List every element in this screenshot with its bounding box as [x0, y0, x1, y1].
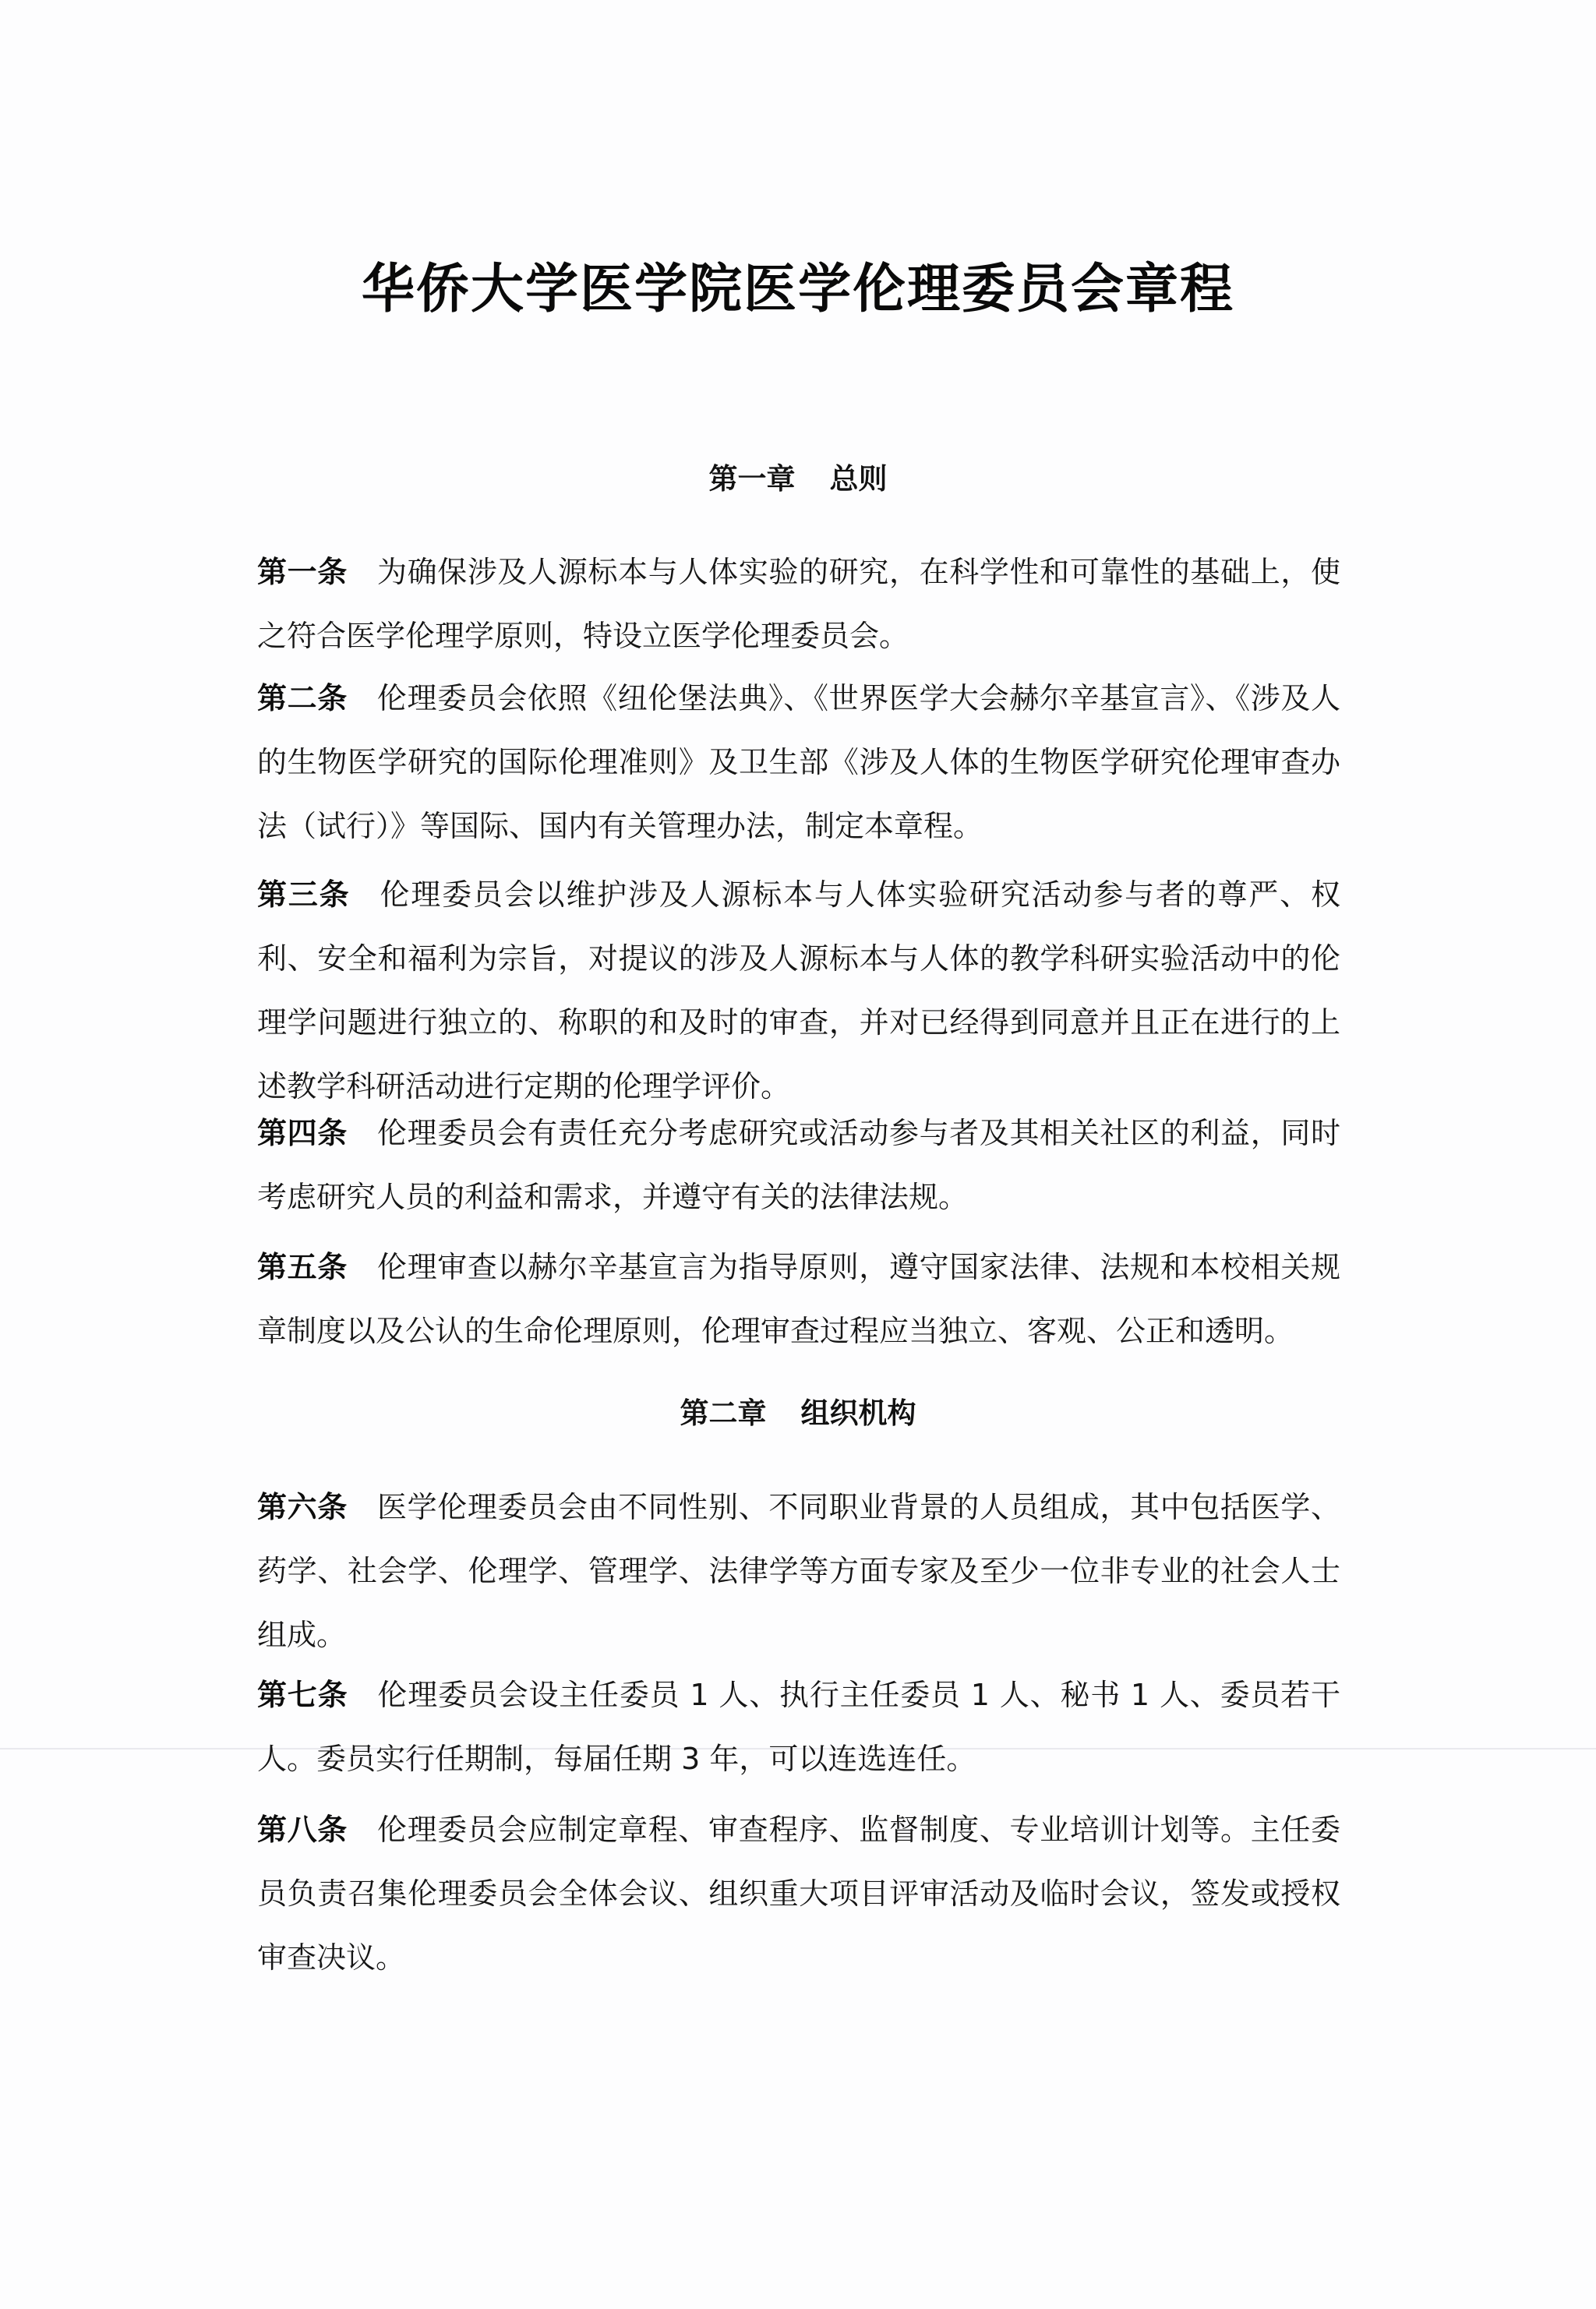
chapter-name: 总则 [830, 462, 888, 496]
article-text: 伦理审查以赫尔辛基宣言为指导原则，遵守国家法律、法规和本校相关规章制度以及公认的… [257, 1250, 1340, 1348]
article-label: 第三条 [257, 877, 350, 912]
article-7: 第七条伦理委员会设主任委员 1 人、执行主任委员 1 人、秘书 1 人、委员若干… [257, 1663, 1340, 1791]
article-text: 伦理委员会依照《纽伦堡法典》、《世界医学大会赫尔辛基宣言》、《涉及人的生物医学研… [257, 681, 1340, 843]
article-text: 伦理委员会设主任委员 1 人、执行主任委员 1 人、秘书 1 人、委员若干人。委… [257, 1678, 1340, 1776]
article-text: 伦理委员会应制定章程、审查程序、监督制度、专业培训计划等。主任委员负责召集伦理委… [257, 1813, 1340, 1975]
document-title: 华侨大学医学院医学伦理委员会章程 [0, 251, 1596, 329]
chapter-number: 第二章 [680, 1396, 767, 1430]
article-1: 第一条为确保涉及人源标本与人体实验的研究，在科学性和可靠性的基础上，使之符合医学… [257, 540, 1340, 668]
document-page: 华侨大学医学院医学伦理委员会章程 第一章总则 第一条为确保涉及人源标本与人体实验… [0, 0, 1596, 2309]
article-label: 第五条 [257, 1250, 348, 1284]
article-text: 为确保涉及人源标本与人体实验的研究，在科学性和可靠性的基础上，使之符合医学伦理学… [257, 555, 1340, 653]
article-label: 第六条 [257, 1490, 348, 1524]
chapter-number: 第一章 [709, 462, 796, 496]
article-8: 第八条伦理委员会应制定章程、审查程序、监督制度、专业培训计划等。主任委员负责召集… [257, 1798, 1340, 1989]
chapter-name: 组织机构 [801, 1396, 916, 1430]
article-text: 伦理委员会以维护涉及人源标本与人体实验研究活动参与者的尊严、权利、安全和福利为宗… [257, 877, 1340, 1103]
article-2: 第二条伦理委员会依照《纽伦堡法典》、《世界医学大会赫尔辛基宣言》、《涉及人的生物… [257, 666, 1340, 858]
chapter-heading-2: 第二章组织机构 [0, 1390, 1596, 1437]
article-4: 第四条伦理委员会有责任充分考虑研究或活动参与者及其相关社区的利益，同时考虑研究人… [257, 1101, 1340, 1229]
article-text: 医学伦理委员会由不同性别、不同职业背景的人员组成，其中包括医学、药学、社会学、伦… [257, 1490, 1340, 1652]
article-label: 第八条 [257, 1813, 348, 1847]
article-label: 第二条 [257, 681, 348, 715]
article-text: 伦理委员会有责任充分考虑研究或活动参与者及其相关社区的利益，同时考虑研究人员的利… [257, 1116, 1340, 1214]
article-label: 第一条 [257, 555, 348, 589]
article-3: 第三条伦理委员会以维护涉及人源标本与人体实验研究活动参与者的尊严、权利、安全和福… [257, 863, 1340, 1118]
article-label: 第四条 [257, 1116, 348, 1150]
article-label: 第七条 [257, 1678, 348, 1712]
chapter-heading-1: 第一章总则 [0, 456, 1596, 503]
article-5: 第五条伦理审查以赫尔辛基宣言为指导原则，遵守国家法律、法规和本校相关规章制度以及… [257, 1235, 1340, 1363]
article-6: 第六条医学伦理委员会由不同性别、不同职业背景的人员组成，其中包括医学、药学、社会… [257, 1475, 1340, 1667]
